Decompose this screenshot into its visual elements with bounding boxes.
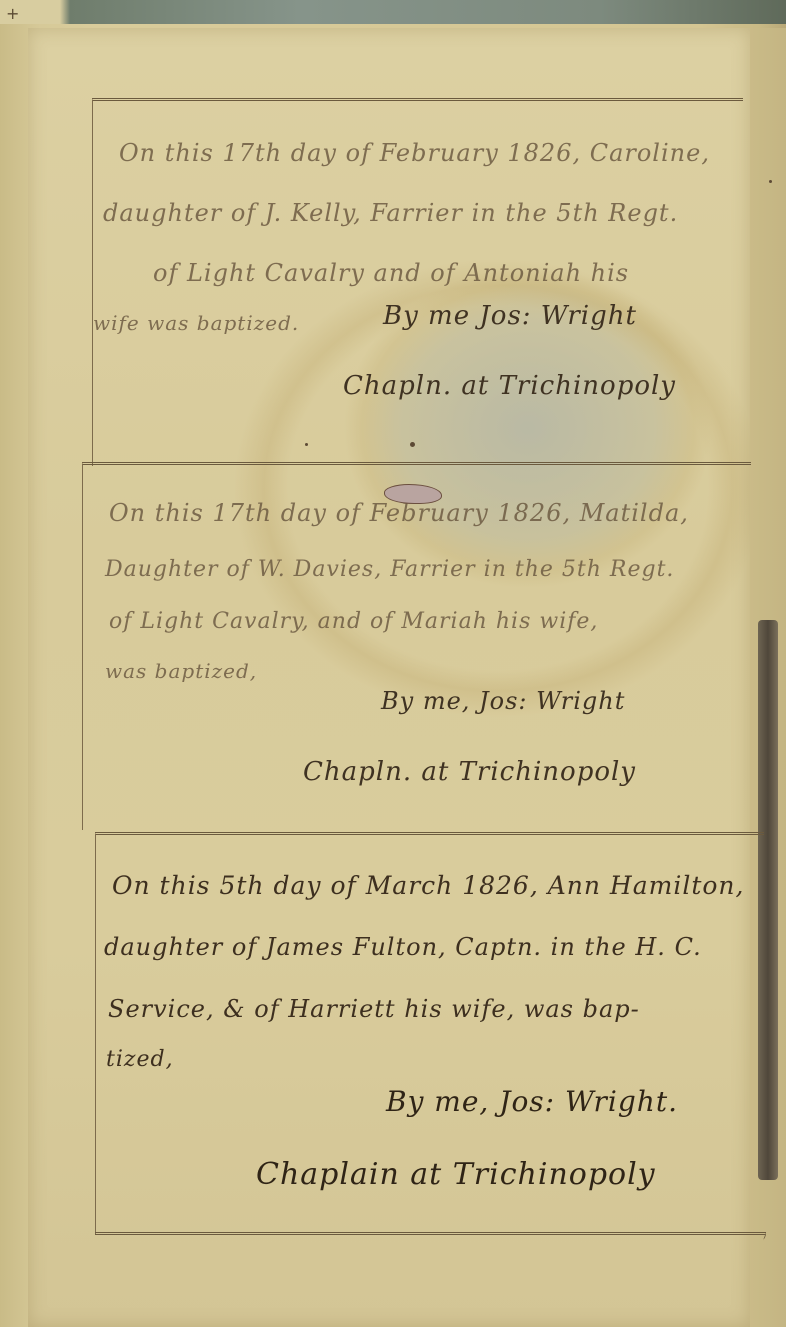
baptism-entry-3: On this 5th day of March 1826, Ann Hamil… — [95, 832, 764, 1235]
corner-cross-mark: + — [6, 4, 19, 23]
ink-spot — [305, 443, 308, 446]
bottom-double-rule — [95, 1232, 766, 1243]
baptism-entry-2: On this 17th day of February 1826, Matil… — [82, 462, 751, 830]
signature-name: By me, Jos: Wright. — [386, 1085, 678, 1118]
entry-text-line: tized, — [106, 1047, 764, 1072]
ink-spot — [410, 442, 415, 447]
signature-title: Chaplain at Trichinopoly — [256, 1157, 656, 1192]
entry-text-line: On this 17th day of February 1826, Carol… — [119, 139, 743, 167]
entry-text-line: of Light Cavalry and of Antoniah his — [153, 259, 743, 287]
entry-text-line: On this 5th day of March 1826, Ann Hamil… — [112, 871, 764, 900]
entry-text-line: daughter of J. Kelly, Farrier in the 5th… — [103, 199, 743, 227]
signature-name: By me, Jos: Wright — [381, 687, 625, 715]
baptism-entry-1: On this 17th day of February 1826, Carol… — [92, 98, 743, 466]
entry-text-line: Daughter of W. Davies, Farrier in the 5t… — [105, 557, 751, 582]
signature-title: Chapln. at Trichinopoly — [343, 371, 676, 401]
signature-title: Chapln. at Trichinopoly — [303, 757, 636, 787]
entry-text-line: Service, & of Harriett his wife, was bap… — [108, 995, 764, 1023]
entry-text-line: daughter of James Fulton, Captn. in the … — [104, 933, 764, 961]
ink-spot — [769, 180, 772, 183]
entry-text-line: was baptized, — [105, 659, 751, 683]
paper-tear-hole — [384, 484, 442, 504]
signature-name: By me Jos: Wright — [383, 301, 637, 331]
entry-text-line: On this 17th day of February 1826, Matil… — [109, 499, 751, 527]
entry-text-line: of Light Cavalry, and of Mariah his wife… — [109, 609, 751, 634]
